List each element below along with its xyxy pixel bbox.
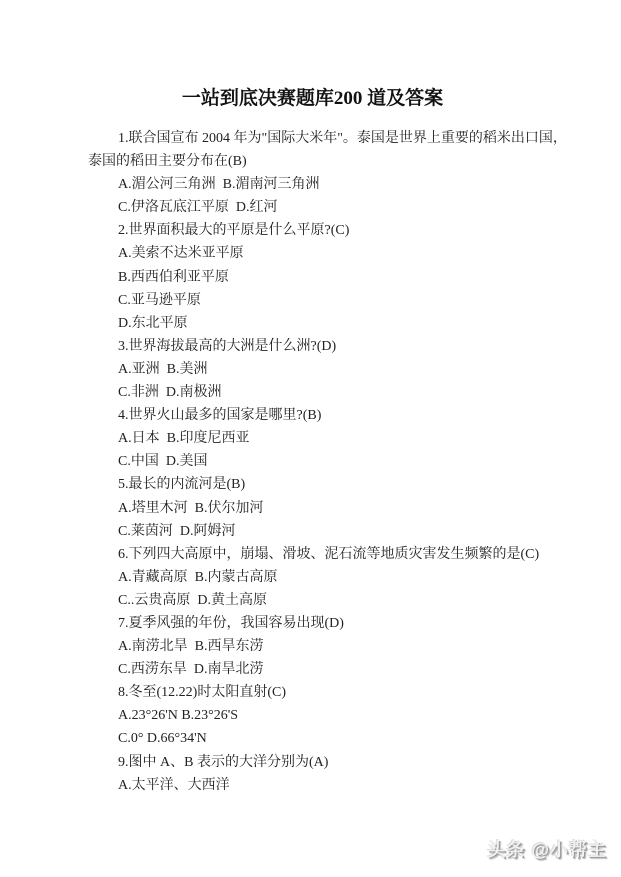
text-line: C.中国 D.美国 [88,450,537,473]
text-line: A.日本 B.印度尼西亚 [88,427,537,450]
text-line: A.23°26'N B.23°26'S [88,704,537,727]
text-line: D.东北平原 [88,312,537,335]
text-line: C.非洲 D.南极洲 [88,381,537,404]
text-line: C.亚马逊平原 [88,289,537,312]
text-line: B.西西伯利亚平原 [88,266,537,289]
text-line: A.塔里木河 B.伏尔加河 [88,497,537,520]
text-line: C.莱茵河 D.阿姆河 [88,520,537,543]
text-line: 6.下列四大高原中，崩塌、滑坡、泥石流等地质灾害发生频繁的是(C) [88,543,537,566]
text-line: A.南涝北旱 B.西旱东涝 [88,635,537,658]
text-line: 7.夏季风强的年份，我国容易出现(D) [88,612,537,635]
text-line: 泰国的稻田主要分布在(B) [88,150,537,173]
document-title: 一站到底决赛题库200 道及答案 [88,86,537,112]
text-line: 4.世界火山最多的国家是哪里?(B) [88,404,537,427]
document-body: 1.联合国宣布 2004 年为"国际大米年"。泰国是世界上重要的稻米出口国，泰国… [88,127,537,797]
text-line: C..云贵高原 D.黄土高原 [88,589,537,612]
text-line: 5.最长的内流河是(B) [88,473,537,496]
text-line: A.太平洋、大西洋 [88,774,537,797]
text-line: C.西涝东旱 D.南旱北涝 [88,658,537,681]
text-line: 1.联合国宣布 2004 年为"国际大米年"。泰国是世界上重要的稻米出口国， [88,127,537,150]
text-line: A.美索不达米亚平原 [88,242,537,265]
document-content: 一站到底决赛题库200 道及答案 1.联合国宣布 2004 年为"国际大米年"。… [88,86,537,797]
text-line: 9.图中 A、B 表示的大洋分别为(A) [88,751,537,774]
text-line: A.湄公河三角洲 B.湄南河三角洲 [88,173,537,196]
document-page: 一站到底决赛题库200 道及答案 1.联合国宣布 2004 年为"国际大米年"。… [0,0,621,877]
text-line: 3.世界海拔最高的大洲是什么洲?(D) [88,335,537,358]
text-line: A.青藏高原 B.内蒙古高原 [88,566,537,589]
text-line: C.伊洛瓦底江平原 D.红河 [88,196,537,219]
text-line: A.亚洲 B.美洲 [88,358,537,381]
text-line: 8.冬至(12.22)时太阳直射(C) [88,681,537,704]
text-line: C.0° D.66°34'N [88,727,537,750]
watermark: 头条 @小帮主 [487,836,607,862]
text-line: 2.世界面积最大的平原是什么平原?(C) [88,219,537,242]
